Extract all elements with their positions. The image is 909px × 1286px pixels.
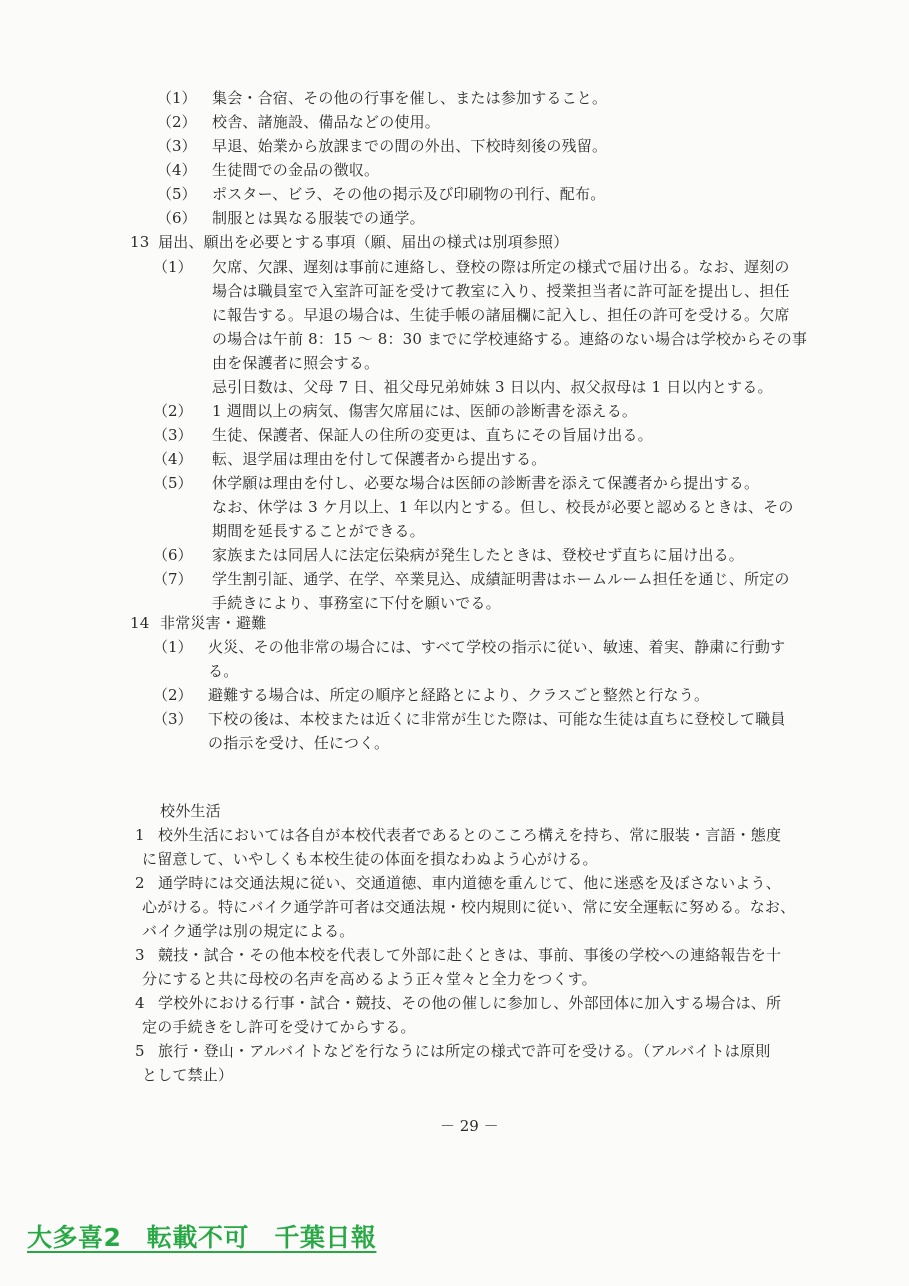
item-text: 旅行・登山・アルバイトなどを行なうには所定の様式で許可を受ける。（アルバイトは原… [158,1041,770,1061]
item-text: 競技・試合・その他本校を代表して外部に赴くときは、事前、事後の学校への連絡報告を… [158,945,781,965]
section-title: 届出、願出を必要とする事項（願、届出の様式は別項参照） [158,232,568,252]
item-text: ポスター、ビラ、その他の掲示及び印刷物の刊行、配布。 [212,184,605,204]
item-text: 校舎、諸施設、備品などの使用。 [212,112,440,132]
item-number: （2） [153,401,193,421]
item-text: 生徒間での金品の徴収。 [212,160,379,180]
item-text: 期間を延長することができる。 [212,521,425,541]
item-text: 火災、その他非常の場合には、すべて学校の指示に従い、敏速、着実、静粛に行動す [208,637,785,657]
item-number: （3） [153,425,193,445]
item-text: に留意して、いやしくも本校生徒の体面を損なわぬよう心がける。 [142,849,598,869]
item-text: 忌引日数は、父母 7 日、祖父母兄弟姉妹 3 日以内、叔父叔母は 1 日以内とす… [212,377,773,397]
item-text: 早退、始業から放課までの間の外出、下校時刻後の残留。 [212,136,607,156]
item-number: （3） [157,136,197,156]
item-number: （1） [153,637,193,657]
item-number: （5） [157,184,197,204]
item-number: （2） [157,112,197,132]
item-text: 定の手続きをし許可を受けてからする。 [142,1017,416,1037]
item-number: 4 [135,993,145,1013]
page-number: － 29 － [440,1116,499,1136]
item-text: 心がける。特にバイク通学許可者は交通法規・校内規則に従い、常に安全運転に努める。… [142,897,795,917]
item-text: 学校外における行事・試合・競技、その他の催しに参加し、外部団体に加入する場合は、… [158,993,781,1013]
section-title: 校外生活 [160,801,221,821]
item-text: 欠席、欠課、遅刻は事前に連絡し、登校の際は所定の様式で届け出る。なお、遅刻の [212,257,790,277]
section-number: 13 [130,232,150,252]
item-text: の指示を受け、任につく。 [208,733,389,753]
item-text: 休学願は理由を付し、必要な場合は医師の診断書を添えて保護者から提出する。 [212,473,759,493]
item-text: バイク通学は別の規定による。 [142,921,355,941]
item-number: 1 [135,825,145,845]
item-text: 由を保護者に照会する。 [212,353,379,373]
section-number: 14 [130,613,150,633]
item-text: なお、休学は 3 ケ月以上、1 年以内とする。但し、校長が必要と認めるときは、そ… [212,497,794,517]
item-number: （3） [153,709,193,729]
item-text: の場合は午前 8：15 ～ 8：30 までに学校連絡する。連絡のない場合は学校か… [212,329,807,349]
item-text: に報告する。早退の場合は、生徒手帳の諸届欄に記入し、担任の許可を受ける。欠席 [212,305,790,325]
item-number: 5 [135,1041,145,1061]
item-text: 学生割引証、通学、在学、卒業見込、成績証明書はホームルーム担任を通じ、所定の [212,569,790,589]
item-number: 2 [135,873,145,893]
item-text: 生徒、保護者、保証人の住所の変更は、直ちにその旨届け出る。 [212,425,653,445]
item-text: 校外生活においては各自が本校代表者であるとのこころ構えを持ち、常に服装・言語・態… [158,825,781,845]
item-text: 下校の後は、本校または近くに非常が生じた際は、可能な生徒は直ちに登校して職員 [208,709,786,729]
item-text: 手続きにより、事務室に下付を願いでる。 [212,593,501,613]
section-title: 非常災害・避難 [160,613,266,633]
item-text: る。 [208,661,238,681]
item-text: 場合は職員室で入室許可証を受けて教室に入り、授業担当者に許可証を提出し、担任 [212,281,790,301]
item-text: 制服とは異なる服装での通学。 [212,208,425,228]
item-number: （6） [157,208,197,228]
item-text: 避難する場合は、所定の順序と経路とにより、クラスごと整然と行なう。 [208,685,709,705]
item-number: （5） [153,473,193,493]
item-number: （4） [157,160,197,180]
item-number: 3 [135,945,145,965]
item-text: として禁止） [142,1065,233,1085]
item-number: （6） [153,545,193,565]
item-number: （1） [153,257,193,277]
item-text: 分にすると共に母校の名声を高めるよう正々堂々と全力をつくす。 [142,969,597,989]
watermark-label: 大多喜2 転載不可 千葉日報 [27,1218,376,1254]
item-text: 集会・合宿、その他の行事を催し、または参加すること。 [212,88,607,108]
item-number: （7） [153,569,193,589]
item-number: （2） [153,685,193,705]
item-text: 家族または同居人に法定伝染病が発生したときは、登校せず直ちに届け出る。 [212,545,744,565]
item-number: （1） [157,88,197,108]
item-text: 1 週間以上の病気、傷害欠席届には、医師の診断書を添える。 [212,401,637,421]
item-number: （4） [153,449,193,469]
item-text: 転、退学届は理由を付して保護者から提出する。 [212,449,546,469]
item-text: 通学時には交通法規に従い、交通道徳、車内道徳を重んじて、他に迷惑を及ぼさないよう… [158,873,781,893]
